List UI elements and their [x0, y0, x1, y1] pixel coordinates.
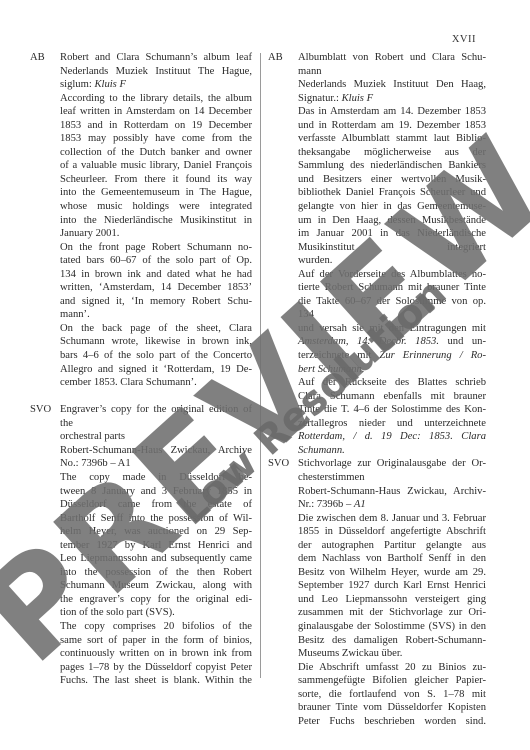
text-line: January 2001.	[60, 227, 252, 241]
text-line: Besitz des damaligen Robert-Schumann-	[298, 634, 486, 648]
text-line: On the front page Robert Schumann no-	[60, 241, 252, 255]
text-line: 134 in brown ink and dated what he had	[60, 268, 252, 282]
text-line: die Takte 60–67 der Solostimme von op. 1…	[298, 295, 486, 322]
text-line: and signed it, ‘In memory Robert Schu-	[60, 295, 252, 309]
text-line: Nederlands Muziek Instituut The Hague,	[60, 65, 252, 79]
text-line: The copy comprises 20 bifolios of the	[60, 620, 252, 634]
entry-text: Stichvorlage zur Originalausgabe der Or-…	[298, 457, 486, 728]
text-line: Besitz von Wilhelm Heyer, wurde am 29.	[298, 566, 486, 580]
text-line: Die zwischen dem 8. Januar und 3. Februa…	[298, 512, 486, 526]
text-line: ginalausgabe der Solostimme (SVS) in den	[298, 620, 486, 634]
text-line: collection of the Dutch banker and owner	[60, 146, 252, 160]
siglum-label: SVO	[268, 457, 296, 471]
text-line: Schumann wrote, likewise in brown ink,	[60, 335, 252, 349]
entry-text: Albumblatt von Robert und Clara Schu-man…	[298, 51, 486, 457]
text-line: Das in Amsterdam am 14. Dezember 1853	[298, 105, 486, 119]
text-line: Engraver’s copy for the original edition…	[60, 403, 252, 430]
text-line: Tinte die T. 4–6 der Solostimme des Kon-	[298, 403, 486, 417]
text-line: Leo Liepmannssohn and subsequently came	[60, 552, 252, 566]
text-line: bert Schumann.	[298, 363, 486, 377]
text-line: Die Abschrift umfasst 20 zu Binios zu-	[298, 661, 486, 675]
text-line: Amsterdam, 14. Decbr. 1853. und un-	[298, 335, 486, 349]
text-line: the engraver’s copy for the original edi…	[60, 593, 252, 607]
text-line: Scheurleer. From there it found its way	[60, 173, 252, 187]
entry-spacer	[30, 390, 252, 404]
text-line: siglum: Kluis F	[60, 78, 252, 92]
text-line: verfasste Albumblatt stammt laut Biblio-	[298, 132, 486, 146]
text-line: mann’.	[60, 308, 252, 322]
text-line: whose music holdings were integrated	[60, 200, 252, 214]
text-line: bibliothek Daniel François Scheurleer un…	[298, 186, 486, 200]
text-line: dem Nachlass von Bartholf Senff in den	[298, 552, 486, 566]
text-line: zusammen mit der Stichvorlage zur Ori-	[298, 606, 486, 620]
text-line: On the back page of the sheet, Clara	[60, 322, 252, 336]
text-line: Albumblatt von Robert und Clara Schu-	[298, 51, 486, 65]
text-line: The copy made in Düsseldorf be-	[60, 471, 252, 485]
text-line: tated bars 60–67 of the solo part of Op.	[60, 254, 252, 268]
entry-text: Robert and Clara Schumann’s album leafNe…	[60, 51, 252, 390]
text-line: 1853 and in Rotterdam on 19 December	[60, 119, 252, 133]
text-line: leaf written in Amsterdam on 14 December	[60, 105, 252, 119]
text-line: cember 1853. Clara Schumann’.	[60, 376, 252, 390]
entry-text: Engraver’s copy for the original edition…	[60, 403, 252, 687]
text-line: Nr.: 7396b – A1	[298, 498, 486, 512]
text-line: 1855 in Düsseldorf angefertigte Abschrif…	[298, 525, 486, 539]
siglum-label: SVO	[30, 403, 58, 417]
text-line: Nederlands Muziek Instituut Den Haag,	[298, 78, 486, 92]
text-line: into the Niederländische Musikinstitut i…	[60, 214, 252, 228]
text-line: Fuchs. The last sheet is blank. Within t…	[60, 674, 252, 688]
text-line: zertallegros nieder und unterzeichnete	[298, 417, 486, 431]
text-line: written, ‘Amsterdam, 14 December 1853’	[60, 281, 252, 295]
document-page: XVII AB Robert and Clara Schumann’s albu…	[0, 0, 530, 750]
siglum-label: AB	[268, 51, 296, 65]
text-line: helm Heyer, was auctioned on 29 Sep-	[60, 525, 252, 539]
text-line: tion of the solo part (SVS).	[60, 606, 252, 620]
text-line: Auf der Vorderseite des Albumblattes no-	[298, 268, 486, 282]
text-line: September 1927 durch Karl Ernst Henrici	[298, 579, 486, 593]
text-line: chesterstimmen	[298, 471, 486, 485]
text-line: bars 4–6 of the solo part of the Concert…	[60, 349, 252, 363]
text-line: theksangabe möglicherweise aus der	[298, 146, 486, 160]
text-line: 1853 may possibly have come from the	[60, 132, 252, 146]
text-line: pages 1–78 by the Düsseldorf copyist Pet…	[60, 661, 252, 675]
right-column-german: AB Albumblatt von Robert und Clara Schu-…	[268, 51, 486, 728]
text-line: of a valuable music library, Daniel Fran…	[60, 159, 252, 173]
text-line: According to the library details, the al…	[60, 92, 252, 106]
text-line: orchestral parts	[60, 430, 252, 444]
siglum-label: AB	[30, 51, 58, 65]
text-line: im Januar 2001 in das Niederländische	[298, 227, 486, 241]
text-line: und versah sie mit den Eintragungen mit	[298, 322, 486, 336]
text-line: Museums Zwickau über.	[298, 647, 486, 661]
text-line: Stichvorlage zur Originalausgabe der Or-	[298, 457, 486, 471]
text-line: Robert-Schumann-Haus Zwickau, Archiv-	[298, 485, 486, 499]
text-line: Düsseldorf came from the estate of	[60, 498, 252, 512]
text-line: Auf der Rückseite des Blattes schrieb	[298, 376, 486, 390]
text-line: mann	[298, 65, 486, 79]
left-column-english: AB Robert and Clara Schumann’s album lea…	[30, 51, 252, 688]
text-line: Sammlung des niederländischen Bankiers	[298, 159, 486, 173]
text-line: brauner Tinte vom Düsseldorfer Kopisten	[298, 701, 486, 715]
text-line: um in Den Haag, dessen Musikbestände	[298, 214, 486, 228]
text-line: und in Rotterdam am 19. Dezember 1853	[298, 119, 486, 133]
text-line: Clara Schumann ebenfalls mit brauner	[298, 390, 486, 404]
entry-svo-english: SVO Engraver’s copy for the original edi…	[30, 403, 252, 687]
text-line: sammengefügte Bifolien gleicher Papier-	[298, 674, 486, 688]
text-line: tierte Robert Schumann mit brauner Tinte	[298, 281, 486, 295]
text-line: Allegro and signed it ‘Rotterdam, 19 De-	[60, 363, 252, 377]
text-line: into the Gemeentemuseum in The Hague,	[60, 186, 252, 200]
text-line: Musikinstitut integriert	[298, 241, 486, 255]
column-divider	[260, 53, 261, 678]
text-line: Peter Fuchs beschrieben worden sind.	[298, 715, 486, 729]
text-line: continuously written on in brown ink fro…	[60, 647, 252, 661]
text-line: tember 1927 by Karl Ernst Henrici and	[60, 539, 252, 553]
text-line: sorte, die fortlaufend von S. 1–78 mit	[298, 688, 486, 702]
text-line: into the possession of the then Robert	[60, 566, 252, 580]
text-line: und Leo Liepmanssohn versteigert ging	[298, 593, 486, 607]
text-line: terzeichnete mit Zur Erinnerung / Ro-	[298, 349, 486, 363]
text-line: und Besitzers einer wertvollen Musik-	[298, 173, 486, 187]
text-line: Robert-Schumann-Haus Zwickau, Archive	[60, 444, 252, 458]
text-line: Rotterdam, / d. 19 Dec: 1853. Clara	[298, 430, 486, 444]
page-number: XVII	[452, 34, 476, 45]
text-line: tween 8 January and 3 February 1855 in	[60, 485, 252, 499]
entry-ab-german: AB Albumblatt von Robert und Clara Schu-…	[268, 51, 486, 457]
text-line: same sort of paper in the form of binios…	[60, 634, 252, 648]
text-line: der autographen Partitur gelangte aus	[298, 539, 486, 553]
text-line: wurden.	[298, 254, 486, 268]
text-line: Bartholf Senff into the possession of Wi…	[60, 512, 252, 526]
text-line: No.: 7396b – A1	[60, 457, 252, 471]
entry-ab-english: AB Robert and Clara Schumann’s album lea…	[30, 51, 252, 390]
text-line: Robert and Clara Schumann’s album leaf	[60, 51, 252, 65]
text-line: gelangte von hier in das Gemeentemuse-	[298, 200, 486, 214]
text-line: Schumann Museum Zwickau, along with	[60, 579, 252, 593]
text-line: Signatur.: Kluis F	[298, 92, 486, 106]
text-line: Schumann.	[298, 444, 486, 458]
entry-svo-german: SVO Stichvorlage zur Originalausgabe der…	[268, 457, 486, 728]
